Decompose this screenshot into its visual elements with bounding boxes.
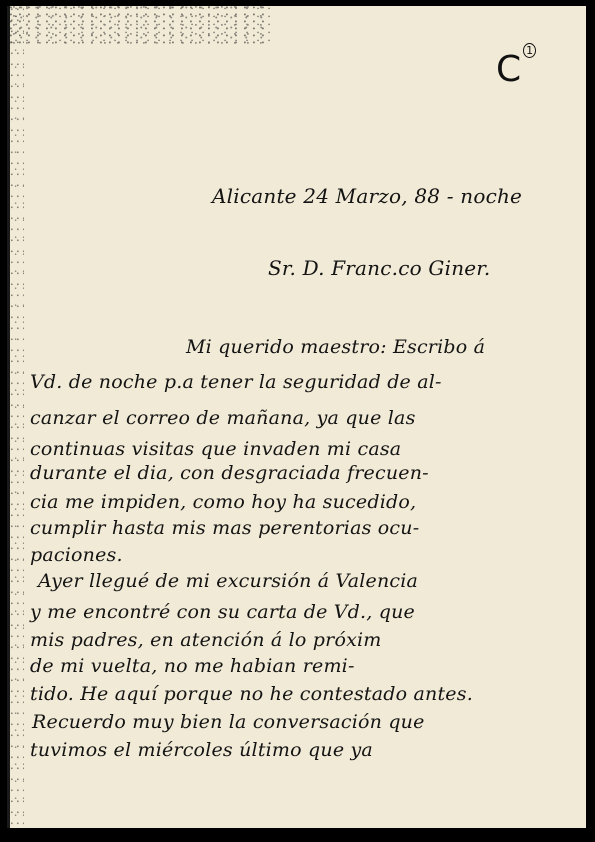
body-line: paciones.	[30, 546, 123, 565]
page-mark: C1	[496, 52, 534, 88]
paper-stain-left	[10, 6, 24, 828]
letter-page: C1 Alicante 24 Marzo, 88 - noche Sr. D. …	[7, 6, 586, 828]
body-line: Vd. de noche p.a tener la seguridad de a…	[30, 373, 442, 392]
page-mark-letter: C	[496, 49, 521, 90]
body-line: de mi vuelta, no me habian remi-	[30, 657, 355, 676]
body-line: y me encontré con su carta de Vd., que	[30, 603, 415, 622]
body-line: tido. He aquí porque no he contestado an…	[30, 685, 473, 704]
body-line: durante el dia, con desgraciada frecuen-	[30, 464, 429, 483]
place-date: Alicante 24 Marzo, 88 - noche	[212, 186, 522, 206]
body-line: continuas visitas que invaden mi casa	[30, 440, 401, 459]
body-line: Mi querido maestro: Escribo á	[186, 338, 485, 357]
body-line: canzar el correo de mañana, ya que las	[30, 409, 416, 428]
body-line: Ayer llegué de mi excursión á Valencia	[38, 572, 418, 591]
page-mark-number: 1	[523, 43, 536, 58]
body-line: Recuerdo muy bien la conversación que	[32, 713, 425, 732]
body-line: cia me impiden, como hoy ha sucedido,	[30, 493, 416, 512]
body-line: mis padres, en atención á lo próxim	[30, 631, 382, 650]
body-line: tuvimos el miércoles último que ya	[30, 741, 373, 760]
addressee: Sr. D. Franc.co Giner.	[268, 258, 490, 278]
paper-stain-top	[10, 6, 270, 46]
body-line: cumplir hasta mis mas perentorias ocu-	[30, 519, 419, 538]
